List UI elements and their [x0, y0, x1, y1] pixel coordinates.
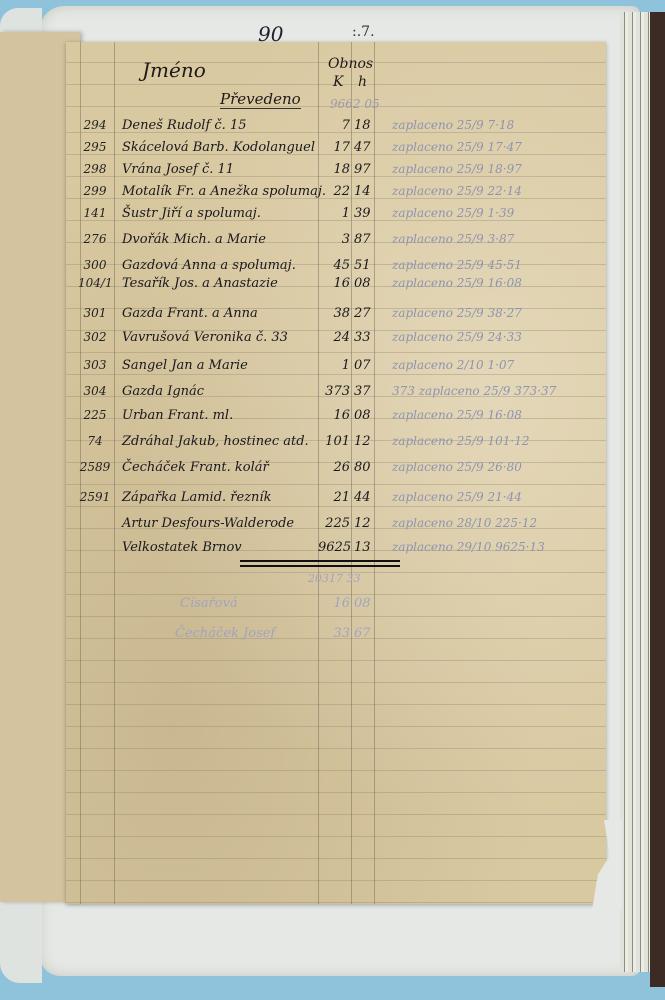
ledger-row: 74Zdráhal Jakub, hostinec atd.10112zapla… — [0, 434, 665, 456]
payment-note: zaplaceno 29/10 9625·13 — [392, 540, 602, 554]
entry-number: 299 — [78, 184, 112, 198]
amount-koruna: 7 — [318, 118, 350, 133]
entry-number: 301 — [78, 306, 112, 320]
amount-koruna: 101 — [318, 434, 350, 449]
entry-number: 2589 — [78, 460, 112, 474]
entry-number: 303 — [78, 358, 112, 372]
payment-note: zaplaceno 25/9 16·08 — [392, 408, 602, 422]
entry-number: 2591 — [78, 490, 112, 504]
ledger-row: Velkostatek Brnov962513zaplaceno 29/10 9… — [0, 540, 665, 562]
payer-name: Vrána Josef č. 11 — [122, 162, 332, 177]
amount-heller: 80 — [354, 460, 376, 475]
ledger-row: 298Vrána Josef č. 111897zaplaceno 25/9 1… — [0, 162, 665, 184]
ledger-row: 303Sangel Jan a Marie107zaplaceno 2/10 1… — [0, 358, 665, 380]
faint-amount-k: 33 — [318, 626, 350, 641]
entry-number: 225 — [78, 408, 112, 422]
entry-number: 300 — [78, 258, 112, 272]
payer-name: Dvořák Mich. a Marie — [122, 232, 332, 247]
ledger-row: 141Šustr Jiří a spolumaj.139zaplaceno 25… — [0, 206, 665, 228]
amount-heller: 44 — [354, 490, 376, 505]
corner-mark: :.7. — [352, 24, 375, 40]
amount-koruna: 16 — [318, 276, 350, 291]
amount-koruna: 26 — [318, 460, 350, 475]
faint-ledger-row: Čecháček Josef 33 67 — [0, 626, 665, 648]
carried-over-amount: 9662 05 — [330, 97, 380, 111]
payer-name: Zápařka Lamid. řezník — [122, 490, 332, 505]
amount-heller: 08 — [354, 408, 376, 423]
payment-note: zaplaceno 25/9 26·80 — [392, 460, 602, 474]
payer-name: Tesařík Jos. a Anastazie — [122, 276, 332, 291]
payment-note: zaplaceno 25/9 45·51 — [392, 258, 602, 272]
payer-name: Gazdová Anna a spolumaj. — [122, 258, 332, 273]
amount-heller: 12 — [354, 434, 376, 449]
payment-note: zaplaceno 25/9 18·97 — [392, 162, 602, 176]
payment-note: zaplaceno 25/9 21·44 — [392, 490, 602, 504]
payment-note: 373 zaplaceno 25/9 373·37 — [392, 384, 602, 398]
amount-heller: 07 — [354, 358, 376, 373]
amount-heller: 33 — [354, 330, 376, 345]
amount-koruna: 24 — [318, 330, 350, 345]
amount-koruna: 17 — [318, 140, 350, 155]
total-double-underline — [240, 560, 400, 562]
payer-name: Zdráhal Jakub, hostinec atd. — [122, 434, 332, 449]
amount-koruna: 3 — [318, 232, 350, 247]
amount-heller: 18 — [354, 118, 376, 133]
payer-name: Artur Desfours-Walderode — [122, 516, 332, 531]
payment-note: zaplaceno 28/10 225·12 — [392, 516, 602, 530]
amount-heller: 39 — [354, 206, 376, 221]
amount-heller: 12 — [354, 516, 376, 531]
amount-koruna: 38 — [318, 306, 350, 321]
entry-number: 276 — [78, 232, 112, 246]
ledger-row: 294Deneš Rudolf č. 15718zaplaceno 25/9 7… — [0, 118, 665, 140]
payer-name: Vavrušová Veronika č. 33 — [122, 330, 332, 345]
amount-heller: 47 — [354, 140, 376, 155]
amount-koruna: 16 — [318, 408, 350, 423]
unit-heller-header: h — [358, 74, 367, 90]
entry-number: 104/1 — [78, 276, 112, 290]
payment-note: zaplaceno 25/9 17·47 — [392, 140, 602, 154]
unit-koruna-header: K — [333, 74, 343, 90]
payer-name: Gazda Frant. a Anna — [122, 306, 332, 321]
ledger-row: 301Gazda Frant. a Anna3827zaplaceno 25/9… — [0, 306, 665, 328]
payment-note: zaplaceno 25/9 1·39 — [392, 206, 602, 220]
ledger-row: 295Skácelová Barb. Kodolanguel1747zaplac… — [0, 140, 665, 162]
payer-name: Motalík Fr. a Anežka spolumaj. — [122, 184, 332, 199]
entry-number: 298 — [78, 162, 112, 176]
payer-name: Urban Frant. ml. — [122, 408, 332, 423]
payer-name: Gazda Ignác — [122, 384, 332, 399]
amount-koruna: 225 — [318, 516, 350, 531]
carried-forward-label: Převedeno — [220, 90, 301, 109]
subtotal-amount: 20317 33 — [308, 572, 361, 585]
faint-ledger-row: Císařová 16 08 — [0, 596, 665, 618]
payment-note: zaplaceno 25/9 38·27 — [392, 306, 602, 320]
payer-name: Deneš Rudolf č. 15 — [122, 118, 332, 133]
entry-number: 304 — [78, 384, 112, 398]
entry-number: 295 — [78, 140, 112, 154]
amount-column-header: Obnos — [328, 56, 373, 72]
payment-note: zaplaceno 25/9 24·33 — [392, 330, 602, 344]
payment-note: zaplaceno 25/9 7·18 — [392, 118, 602, 132]
name-column-header: Jméno — [142, 58, 206, 82]
amount-koruna: 18 — [318, 162, 350, 177]
payer-name: Sangel Jan a Marie — [122, 358, 332, 373]
amount-heller: 51 — [354, 258, 376, 273]
amount-koruna: 45 — [318, 258, 350, 273]
payer-name: Velkostatek Brnov — [122, 540, 332, 555]
payer-name: Skácelová Barb. Kodolanguel — [122, 140, 332, 155]
amount-heller: 87 — [354, 232, 376, 247]
amount-heller: 13 — [354, 540, 376, 555]
amount-koruna: 1 — [318, 206, 350, 221]
amount-koruna: 373 — [318, 384, 350, 399]
amount-heller: 14 — [354, 184, 376, 199]
ledger-row: 302Vavrušová Veronika č. 332433zaplaceno… — [0, 330, 665, 352]
amount-koruna: 21 — [318, 490, 350, 505]
faint-amount-h: 67 — [354, 626, 376, 641]
entry-number: 141 — [78, 206, 112, 220]
amount-koruna: 9625 — [318, 540, 350, 555]
amount-koruna: 1 — [318, 358, 350, 373]
amount-heller: 27 — [354, 306, 376, 321]
payment-note: zaplaceno 25/9 101·12 — [392, 434, 602, 448]
payment-note: zaplaceno 2/10 1·07 — [392, 358, 602, 372]
entry-number: 294 — [78, 118, 112, 132]
payer-name: Čecháček Frant. kolář — [122, 460, 332, 475]
entry-number: 74 — [78, 434, 112, 448]
payment-note: zaplaceno 25/9 22·14 — [392, 184, 602, 198]
ledger-row: 304Gazda Ignác37337373 zaplaceno 25/9 37… — [0, 384, 665, 406]
ledger-row: 2589Čecháček Frant. kolář2680zaplaceno 2… — [0, 460, 665, 482]
entry-number: 302 — [78, 330, 112, 344]
payer-name: Šustr Jiří a spolumaj. — [122, 206, 332, 221]
faint-amount-h: 08 — [354, 596, 376, 611]
ledger-row: 2591Zápařka Lamid. řezník2144zaplaceno 2… — [0, 490, 665, 512]
ledger-row: 225Urban Frant. ml.1608zaplaceno 25/9 16… — [0, 408, 665, 430]
amount-heller: 37 — [354, 384, 376, 399]
ledger-row: 276Dvořák Mich. a Marie387zaplaceno 25/9… — [0, 232, 665, 254]
ledger-row: 104/1Tesařík Jos. a Anastazie1608zaplace… — [0, 276, 665, 298]
amount-koruna: 22 — [318, 184, 350, 199]
faint-amount-k: 16 — [318, 596, 350, 611]
amount-heller: 97 — [354, 162, 376, 177]
ledger-row: Artur Desfours-Walderode22512zaplaceno 2… — [0, 516, 665, 538]
payment-note: zaplaceno 25/9 16·08 — [392, 276, 602, 290]
amount-heller: 08 — [354, 276, 376, 291]
payment-note: zaplaceno 25/9 3·87 — [392, 232, 602, 246]
ledger-row: 299Motalík Fr. a Anežka spolumaj.2214zap… — [0, 184, 665, 206]
total-double-underline-2 — [240, 565, 400, 567]
